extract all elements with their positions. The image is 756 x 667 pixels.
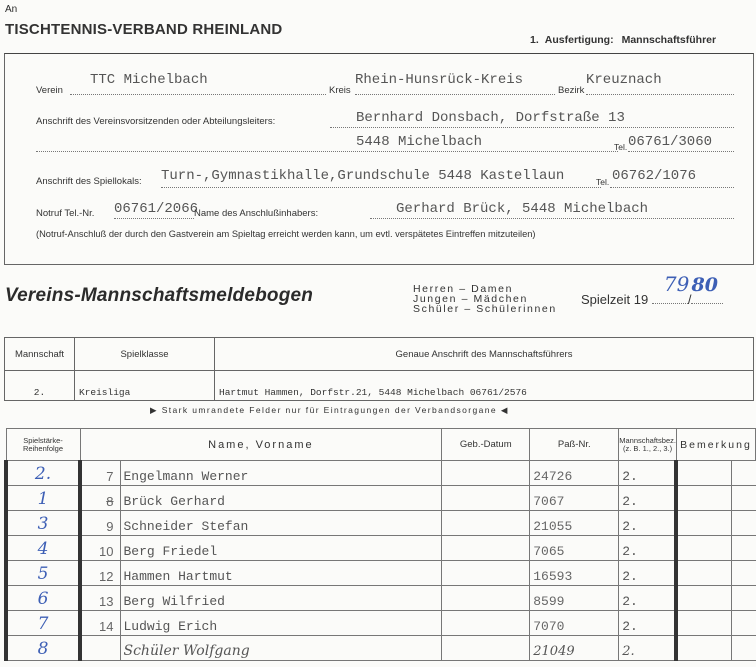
pass-number-cell[interactable]: 7067 <box>530 486 619 511</box>
name-cell[interactable]: Schneider Stefan <box>120 511 442 536</box>
rank-cell[interactable]: 5 <box>6 561 80 586</box>
remark-cell[interactable] <box>731 511 755 536</box>
number-cell[interactable]: 14 <box>80 611 120 636</box>
chair-tel-label: Tel. <box>614 142 627 152</box>
official-cell[interactable] <box>676 536 731 561</box>
season-label: Spielzeit 19 <box>581 292 648 307</box>
name-cell[interactable]: Engelmann Werner <box>120 461 442 486</box>
official-cell[interactable] <box>676 511 731 536</box>
organization-name: TISCHTENNIS-VERBAND RHEINLAND <box>5 21 282 38</box>
kreis-label: Kreis <box>329 85 351 96</box>
birth-date-cell[interactable] <box>442 486 530 511</box>
number-cell[interactable] <box>80 636 120 661</box>
chair-address-line1-field[interactable]: Bernhard Donsbach, Dorfstraße 13 <box>330 112 734 128</box>
copy-number: 1. <box>530 34 539 46</box>
remark-cell[interactable] <box>731 461 755 486</box>
holder-field[interactable]: Gerhard Brück, 5448 Michelbach <box>370 201 734 219</box>
remark-cell[interactable] <box>731 611 755 636</box>
header-remark: Bemerkung <box>676 429 755 461</box>
rank-cell[interactable]: 7 <box>6 611 80 636</box>
birth-date-cell[interactable] <box>442 461 530 486</box>
team-designation-cell[interactable]: 2. <box>619 636 677 661</box>
holder-value: Gerhard Brück, 5448 Michelbach <box>396 201 648 217</box>
season-from-value: 79 <box>664 272 689 296</box>
emergency-field[interactable]: 06761/2066 <box>114 201 194 219</box>
birth-date-cell[interactable] <box>442 611 530 636</box>
team-league[interactable]: Kreisliga <box>75 371 215 401</box>
name-cell[interactable]: Berg Friedel <box>120 536 442 561</box>
remark-cell[interactable] <box>731 536 755 561</box>
header-rank: Spielstärke-Reihenfolge <box>6 429 80 461</box>
chair-address-label: Anschrift des Vereinsvorsitzenden oder A… <box>36 116 275 127</box>
birth-date-cell[interactable] <box>442 511 530 536</box>
category-list: Herren – Damen Jungen – Mädchen Schüler … <box>413 284 557 314</box>
emergency-value: 06761/2066 <box>114 201 198 217</box>
venue-value: Turn-,Gymnastikhalle,Grundschule 5448 Ka… <box>161 168 564 184</box>
rank-cell[interactable]: 4 <box>6 536 80 561</box>
remark-cell[interactable] <box>731 636 755 661</box>
player-row: 714Ludwig Erich70702. <box>6 611 756 636</box>
emergency-label: Notruf Tel.-Nr. <box>36 208 94 219</box>
rank-cell[interactable]: 3 <box>6 511 80 536</box>
remark-cell[interactable] <box>731 561 755 586</box>
rank-cell[interactable]: 6 <box>6 586 80 611</box>
copy-designation: 1.Ausfertigung:Mannschaftsführer <box>530 34 716 46</box>
official-fields-note-text: Stark umrandete Felder nur für Eintragun… <box>162 405 497 415</box>
verein-label: Verein <box>36 85 63 96</box>
player-row: 18Brück Gerhard70672. <box>6 486 756 511</box>
season-to-value: 80 <box>691 274 717 296</box>
team-designation-cell[interactable]: 2. <box>619 486 677 511</box>
team-designation-cell[interactable]: 2. <box>619 536 677 561</box>
team-designation-cell[interactable]: 2. <box>619 586 677 611</box>
bezirk-field[interactable]: Kreuznach <box>586 72 734 95</box>
header-pass: Paß-Nr. <box>530 429 619 461</box>
verein-field[interactable]: TTC Michelbach <box>70 72 326 95</box>
season-field: Spielzeit 19 79 / 80 <box>581 292 723 307</box>
verein-value: TTC Michelbach <box>90 72 208 88</box>
player-row: 410Berg Friedel70652. <box>6 536 756 561</box>
name-cell[interactable]: Hammen Hartmut <box>120 561 442 586</box>
official-cell[interactable] <box>676 561 731 586</box>
emergency-note: (Notruf-Anschluß der durch den Gastverei… <box>36 229 536 239</box>
venue-label: Anschrift des Spiellokals: <box>36 176 142 187</box>
chair-tel-field[interactable]: 06761/3060 <box>628 136 734 152</box>
official-cell[interactable] <box>676 636 731 661</box>
kreis-value: Rhein-Hunsrück-Kreis <box>355 72 523 88</box>
birth-date-cell[interactable] <box>442 536 530 561</box>
pass-number-cell[interactable]: 7070 <box>530 611 619 636</box>
chair-address-line1: Bernhard Donsbach, Dorfstraße 13 <box>356 110 625 126</box>
official-cell[interactable] <box>676 461 731 486</box>
venue-tel-value: 06762/1076 <box>612 168 696 184</box>
official-fields-note: ▶ Stark umrandete Felder nur für Eintrag… <box>150 405 509 416</box>
player-row: 2.7Engelmann Werner247262. <box>6 461 756 486</box>
official-cell[interactable] <box>676 486 731 511</box>
player-row: 39Schneider Stefan210552. <box>6 511 756 536</box>
team-captain-address[interactable]: Hartmut Hammen, Dorfstr.21, 5448 Michelb… <box>215 371 754 401</box>
venue-field[interactable]: Turn-,Gymnastikhalle,Grundschule 5448 Ka… <box>161 168 601 188</box>
chair-address-line2: 5448 Michelbach <box>356 134 482 150</box>
chair-address-line2-field[interactable]: 5448 Michelbach <box>36 136 618 152</box>
name-cell[interactable]: Brück Gerhard <box>120 486 442 511</box>
pass-number-cell[interactable]: 16593 <box>530 561 619 586</box>
number-cell[interactable]: 8 <box>80 486 120 511</box>
number-cell[interactable]: 10 <box>80 536 120 561</box>
header-mannschaft: Mannschaft <box>5 338 75 371</box>
form-title: Vereins-Mannschaftsmeldebogen <box>5 285 313 307</box>
season-to-field[interactable]: 80 <box>691 292 723 304</box>
venue-tel-label: Tel. <box>596 177 609 187</box>
remark-cell[interactable] <box>731 586 755 611</box>
team-row: 2. Kreisliga Hartmut Hammen, Dorfstr.21,… <box>5 371 754 401</box>
pass-number-cell[interactable]: 21055 <box>530 511 619 536</box>
holder-label: Name des Anschlußinhabers: <box>194 208 318 219</box>
header-team: Mannschaftsbez. (z. B. 1., 2., 3.) <box>619 429 677 461</box>
category-item: Schüler – Schülerinnen <box>413 304 557 314</box>
arrow-left-icon: ◀ <box>501 405 509 415</box>
header-birth: Geb.-Datum <box>442 429 530 461</box>
player-row: 512Hammen Hartmut165932. <box>6 561 756 586</box>
rank-cell[interactable]: 2. <box>6 461 80 486</box>
team-number[interactable]: 2. <box>5 371 75 401</box>
rank-cell[interactable]: 8 <box>6 636 80 661</box>
pass-number-cell[interactable]: 24726 <box>530 461 619 486</box>
addressee-label: An <box>5 4 17 15</box>
number-cell[interactable]: 12 <box>80 561 120 586</box>
birth-date-cell[interactable] <box>442 561 530 586</box>
team-designation-cell[interactable]: 2. <box>619 461 677 486</box>
name-cell[interactable]: Schüler Wolfgang <box>120 636 442 661</box>
player-row: 8Schüler Wolfgang210492. <box>6 636 756 661</box>
chair-tel-value: 06761/3060 <box>628 134 712 150</box>
team-designation-cell[interactable]: 2. <box>619 511 677 536</box>
number-cell[interactable]: 9 <box>80 511 120 536</box>
header-anschrift: Genaue Anschrift des Mannschaftsführers <box>215 338 754 371</box>
players-table: Spielstärke-Reihenfolge Name, Vorname Ge… <box>4 428 756 661</box>
bezirk-label: Bezirk <box>558 85 584 96</box>
number-cell[interactable]: 13 <box>80 586 120 611</box>
copy-label: Ausfertigung: <box>545 34 614 46</box>
remark-cell[interactable] <box>731 486 755 511</box>
header-spielklasse: Spielklasse <box>75 338 215 371</box>
team-designation-cell[interactable]: 2. <box>619 561 677 586</box>
season-from-field[interactable]: 79 <box>652 292 688 304</box>
copy-role: Mannschaftsführer <box>622 34 717 46</box>
kreis-field[interactable]: Rhein-Hunsrück-Kreis <box>355 72 555 95</box>
name-cell[interactable]: Berg Wilfried <box>120 586 442 611</box>
player-row: 613Berg Wilfried85992. <box>6 586 756 611</box>
venue-tel-field[interactable]: 06762/1076 <box>610 168 734 188</box>
pass-number-cell[interactable]: 7065 <box>530 536 619 561</box>
official-cell[interactable] <box>676 586 731 611</box>
rank-cell[interactable]: 1 <box>6 486 80 511</box>
birth-date-cell[interactable] <box>442 586 530 611</box>
official-cell[interactable] <box>676 611 731 636</box>
pass-number-cell[interactable]: 21049 <box>530 636 619 661</box>
team-table: Mannschaft Spielklasse Genaue Anschrift … <box>4 337 754 401</box>
name-cell[interactable]: Ludwig Erich <box>120 611 442 636</box>
number-cell[interactable]: 7 <box>80 461 120 486</box>
header-name: Name, Vorname <box>80 429 442 461</box>
bezirk-value: Kreuznach <box>586 72 662 88</box>
team-designation-cell[interactable]: 2. <box>619 611 677 636</box>
birth-date-cell[interactable] <box>442 636 530 661</box>
pass-number-cell[interactable]: 8599 <box>530 586 619 611</box>
arrow-right-icon: ▶ <box>150 405 158 415</box>
